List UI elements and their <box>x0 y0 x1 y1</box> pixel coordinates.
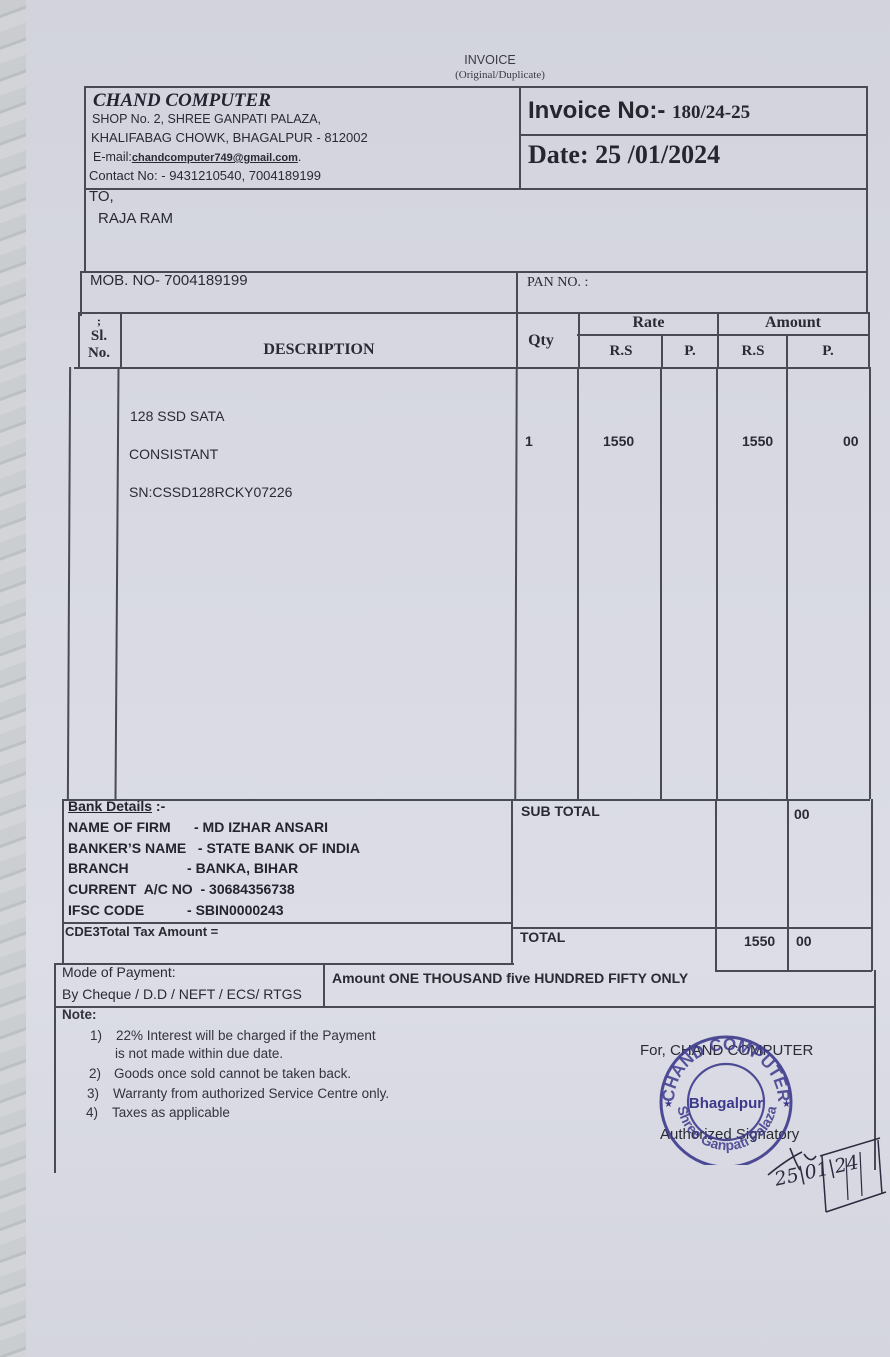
subtotal-label: SUB TOTAL <box>521 803 600 819</box>
document-subtitle: (Original/Duplicate) <box>420 69 580 81</box>
invoice-date: 25 /01/2024 <box>595 140 720 169</box>
rule <box>715 970 872 972</box>
payment-mode-value: By Cheque / D.D / NEFT / ECS/ RTGS <box>62 986 302 1002</box>
bank-label: NAME OF FIRM <box>68 819 190 835</box>
seller-address-line2: KHALIFABAG CHOWK, BHAGALPUR - 812002 <box>91 130 368 145</box>
note-number: 4) <box>86 1105 98 1120</box>
note-text-cont: is not made within due date. <box>115 1046 283 1061</box>
total-p: 00 <box>796 933 812 949</box>
bank-value: - SBIN0000243 <box>187 902 284 918</box>
total-tax-label: CDE3Total Tax Amount = <box>65 924 218 939</box>
rule <box>323 963 325 1007</box>
total-rs: 1550 <box>744 933 775 949</box>
svg-text:★: ★ <box>664 1099 673 1110</box>
buyer-name: RAJA RAM <box>98 210 173 227</box>
rule <box>786 367 788 799</box>
invoice-number-label: Invoice No:- <box>528 97 665 124</box>
rule <box>577 334 869 336</box>
header-amount-rs: R.S <box>718 343 788 360</box>
bank-row-banker: BANKER’S NAME - STATE BANK OF INDIA <box>68 840 360 856</box>
rule <box>62 799 64 964</box>
note-number: 1) <box>90 1028 102 1043</box>
header-rate-rs: R.S <box>580 343 662 360</box>
bank-value: - MD IZHAR ANSARI <box>194 819 328 835</box>
bank-details-title-row: Bank Details :- <box>68 798 165 814</box>
item-description-line1: 128 SSD SATA <box>130 408 224 424</box>
invoice-number-row: Invoice No:- 180/24-25 <box>528 97 750 125</box>
rule <box>78 312 80 367</box>
rule <box>84 86 86 272</box>
to-label: TO, <box>89 188 114 205</box>
bank-label: BRANCH <box>68 860 183 876</box>
amount-in-words: Amount ONE THOUSAND five HUNDRED FIFTY O… <box>332 970 688 986</box>
email-label: E-mail: <box>93 150 132 164</box>
bank-row-ifsc: IFSC CODE - SBIN0000243 <box>68 902 284 918</box>
note-text: Taxes as applicable <box>112 1105 230 1120</box>
header-amount: Amount <box>718 314 868 332</box>
note-number: 2) <box>89 1066 101 1081</box>
total-label: TOTAL <box>520 929 565 945</box>
rule <box>787 799 789 971</box>
rule <box>577 367 579 799</box>
buyer-pan: PAN NO. : <box>527 275 588 291</box>
svg-text:★: ★ <box>782 1099 791 1110</box>
rule <box>54 963 56 1173</box>
header-no: No. <box>82 345 116 362</box>
bank-value: - 30684356738 <box>200 881 294 897</box>
bank-label: IFSC CODE <box>68 902 183 918</box>
rule <box>80 271 82 316</box>
seller-email-row: E-mail:chandcomputer749@gmail.com. <box>93 150 301 164</box>
rule <box>660 367 662 799</box>
item-description-line2: CONSISTANT <box>129 446 218 462</box>
rule <box>511 799 513 964</box>
email-suffix: . <box>298 150 301 164</box>
rule <box>84 188 868 190</box>
rule <box>519 134 867 136</box>
background-surface <box>0 0 28 1357</box>
rule <box>74 367 870 369</box>
svg-text:CHAND COMPUTER: CHAND COMPUTER <box>659 1035 794 1103</box>
rule <box>516 271 518 316</box>
header-rate: Rate <box>580 314 717 332</box>
invoice-date-row: Date: 25 /01/2024 <box>528 140 720 170</box>
rule <box>868 312 870 368</box>
rule <box>84 86 867 88</box>
header-description: DESCRIPTION <box>121 341 517 359</box>
note-text: Warranty from authorized Service Centre … <box>113 1086 389 1101</box>
bank-row-firm: NAME OF FIRM - MD IZHAR ANSARI <box>68 819 328 835</box>
rule <box>716 367 718 799</box>
item-description-line3: SN:CSSD128RCKY07226 <box>129 484 292 500</box>
invoice-number: 180/24-25 <box>672 102 750 123</box>
bank-label: CURRENT A/C NO <box>68 881 197 897</box>
header-amount-p: P. <box>788 343 868 360</box>
buyer-mobile: MOB. NO- 7004189199 <box>90 272 248 289</box>
rule <box>871 799 873 971</box>
note-text: 22% Interest will be charged if the Paym… <box>116 1028 376 1043</box>
bank-row-branch: BRANCH - BANKA, BIHAR <box>68 860 298 876</box>
item-rate-rs: 1550 <box>603 433 634 449</box>
seller-contact: Contact No: - 9431210540, 7004189199 <box>89 168 321 183</box>
payment-mode-label: Mode of Payment: <box>62 964 176 980</box>
subtotal-p: 00 <box>794 806 810 822</box>
handwritten-signature: 25|01|24 <box>760 1130 890 1220</box>
rule <box>869 367 871 799</box>
rule <box>120 312 122 368</box>
bank-label: BANKER’S NAME <box>68 840 194 856</box>
sl-mark: ; <box>84 314 114 329</box>
bank-value: - BANKA, BIHAR <box>187 860 298 876</box>
rule <box>519 86 521 188</box>
header-sl: Sl. <box>84 328 114 345</box>
item-amount-p: 00 <box>843 433 859 449</box>
header-qty: Qty <box>518 332 564 350</box>
seller-name: CHAND COMPUTER <box>93 90 271 112</box>
svg-text:Bhagalpur: Bhagalpur <box>689 1095 763 1112</box>
document-title: INVOICE <box>440 53 540 67</box>
bank-row-account: CURRENT A/C NO - 30684356738 <box>68 881 295 897</box>
seller-email-link[interactable]: chandcomputer749@gmail.com <box>132 152 298 164</box>
invoice-date-label: Date: <box>528 140 589 169</box>
bank-value: - STATE BANK OF INDIA <box>198 840 360 856</box>
item-qty: 1 <box>525 433 533 449</box>
header-rate-p: P. <box>662 343 718 360</box>
bank-details-title: Bank Details <box>68 798 152 814</box>
note-number: 3) <box>87 1086 99 1101</box>
seller-address-line1: SHOP No. 2, SHREE GANPATI PALAZA, <box>92 112 321 126</box>
rule <box>715 799 717 971</box>
rule <box>866 86 868 314</box>
note-text: Goods once sold cannot be taken back. <box>114 1066 351 1081</box>
rule <box>54 1006 874 1008</box>
rule <box>62 799 870 801</box>
item-amount-rs: 1550 <box>742 433 773 449</box>
bank-details-title-suffix: :- <box>152 798 165 814</box>
notes-title: Note: <box>62 1007 97 1022</box>
